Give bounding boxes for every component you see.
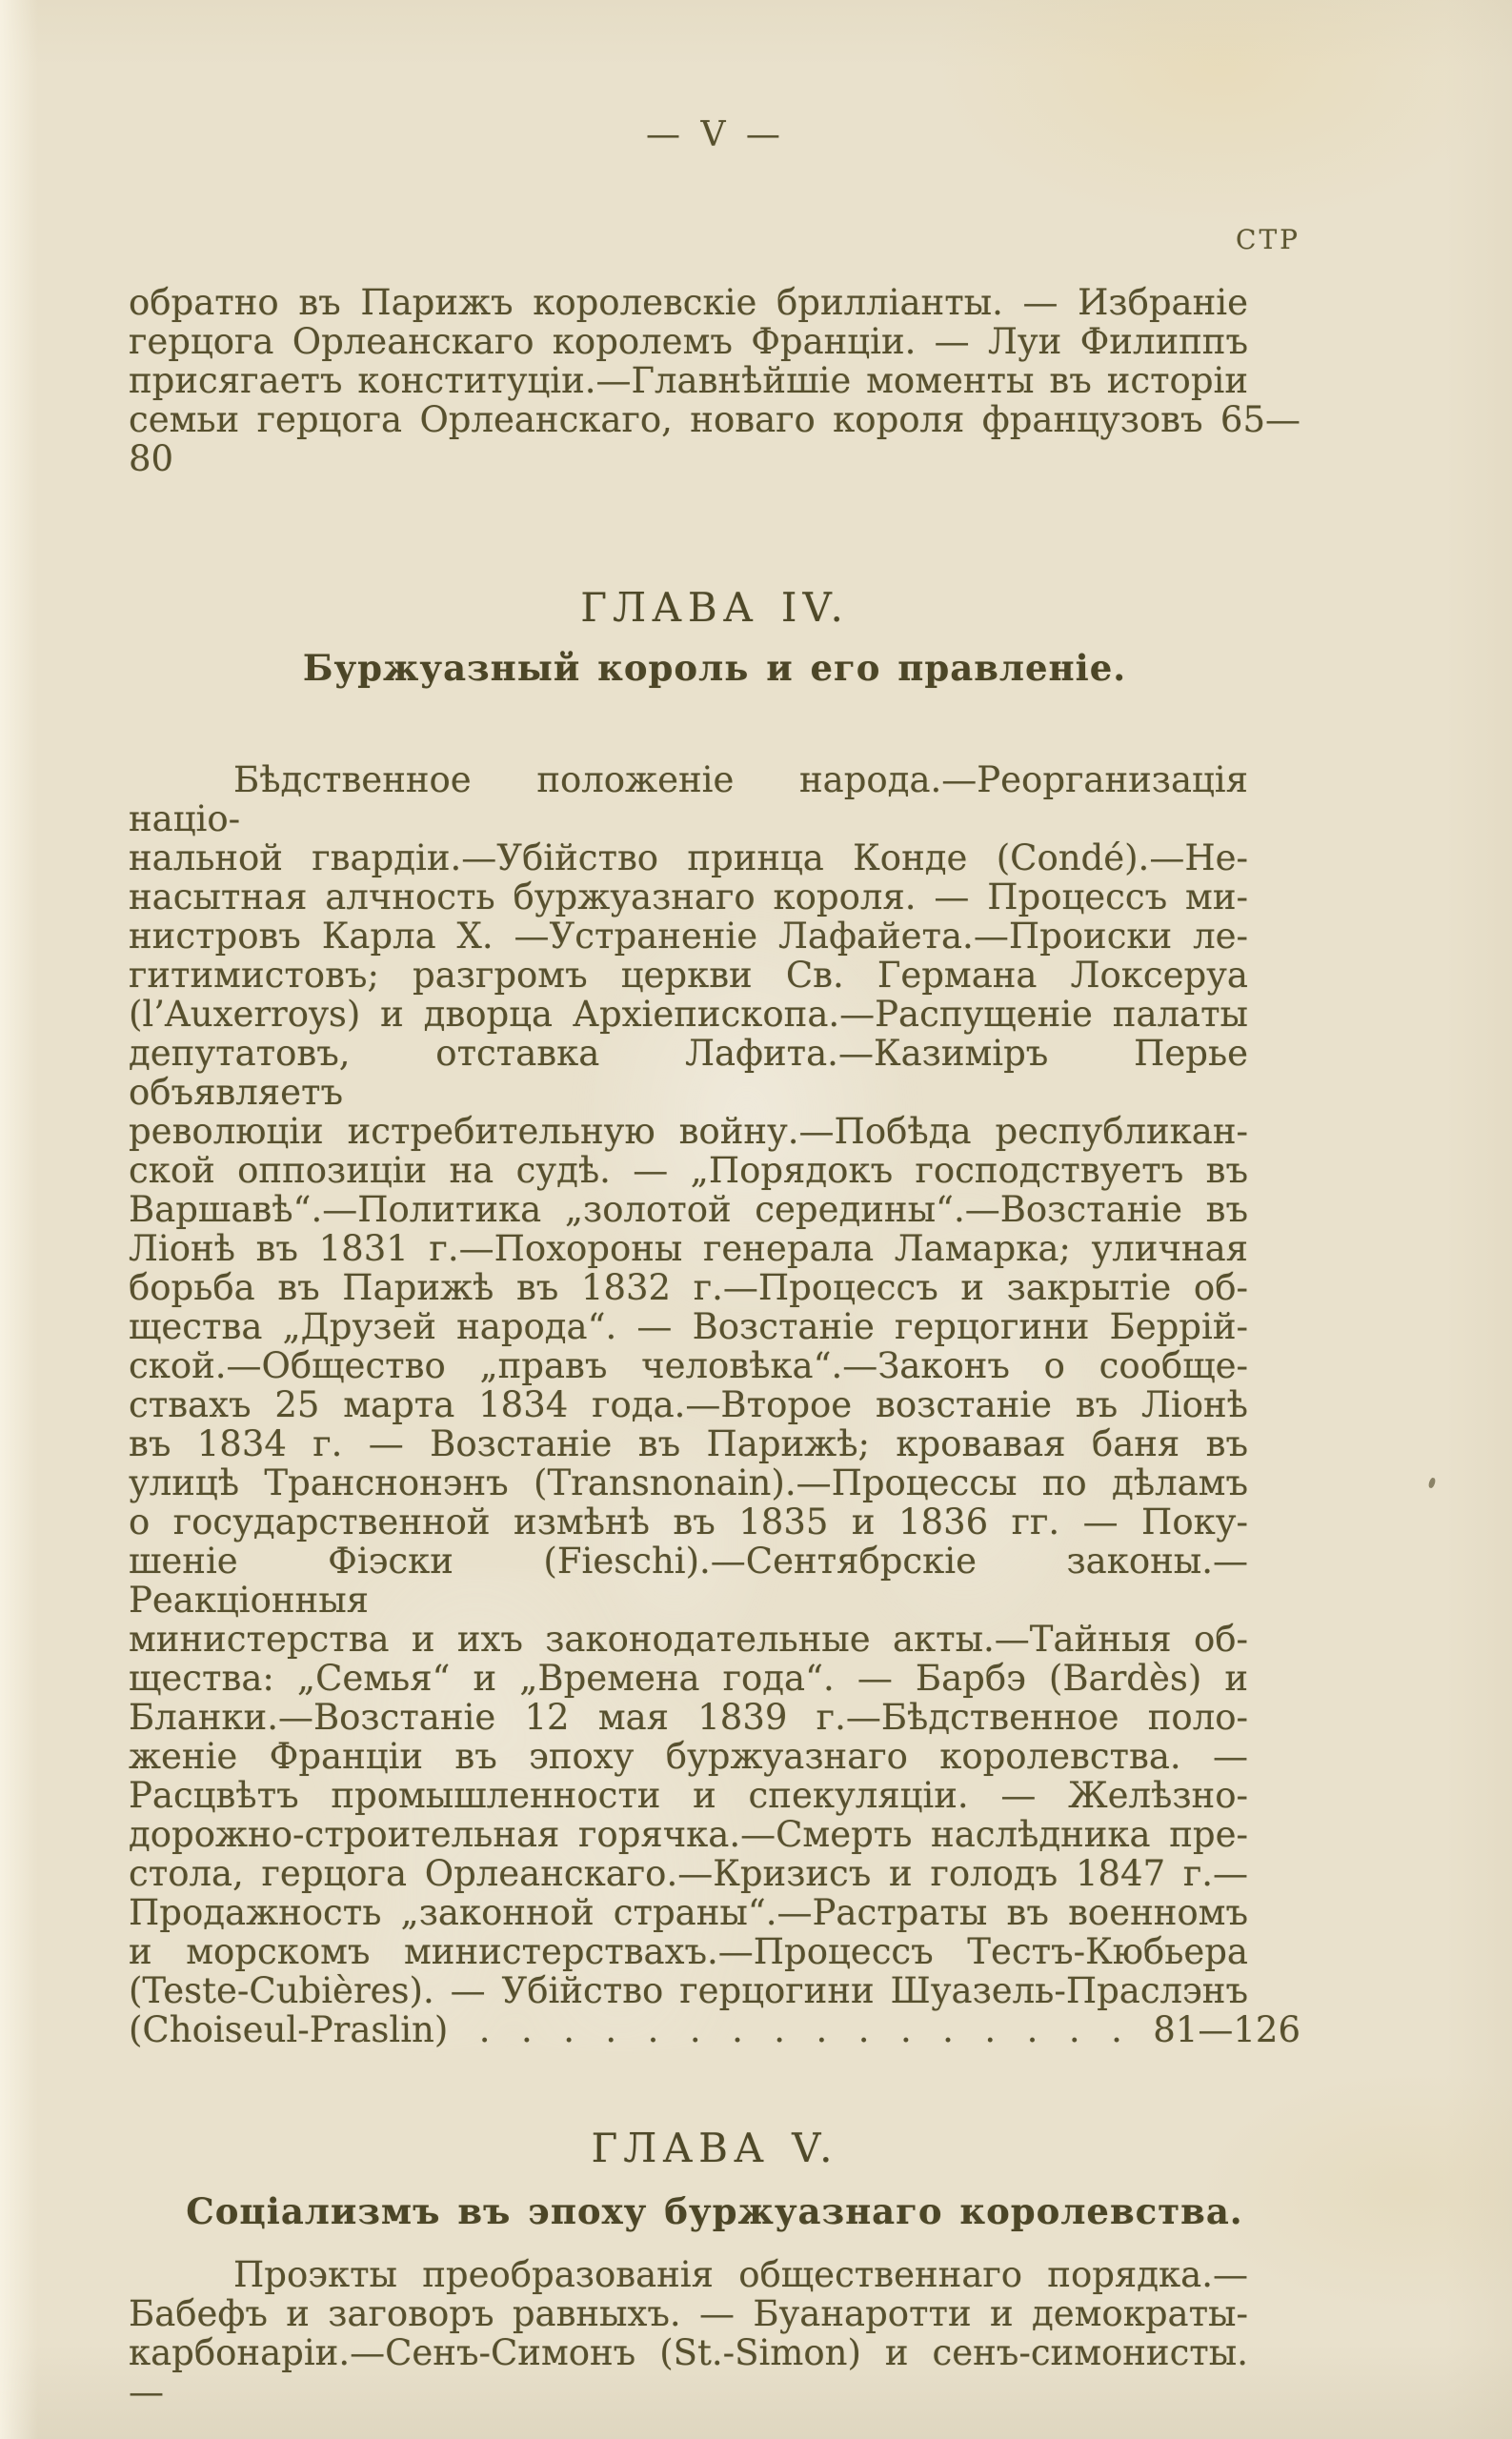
toc-line: депутатовъ, отставка Лафита.—Казиміръ Пе… <box>129 1034 1300 1112</box>
chapter-4-section: ГЛАВА IV. Буржуазный король и его правле… <box>129 585 1300 2049</box>
toc-line: Продажность „законной страны“.—Растраты … <box>129 1893 1300 1932</box>
page-content: — V — СТР обратно въ Парижъ королевскіе … <box>129 0 1300 2411</box>
toc-line: и морскомъ министерствахъ.—Процессъ Тест… <box>129 1932 1300 1971</box>
chapter-5-section: ГЛАВА V. Соціализмъ въ эпоху буржуазнаго… <box>129 2126 1300 2411</box>
toc-line: щества: „Семья“ и „Времена года“. — Барб… <box>129 1659 1300 1698</box>
toc-line: Варшавѣ“.—Политика „золотой середины“.—В… <box>129 1190 1300 1229</box>
toc-line: революціи истребительную войну.—Побѣда р… <box>129 1112 1300 1151</box>
toc-line: Бѣдственное положеніе народа.—Реорганиза… <box>129 760 1300 838</box>
toc-line: стола, герцога Орлеанскаго.—Кризисъ и го… <box>129 1854 1300 1893</box>
chapter-4-heading: ГЛАВА IV. <box>129 585 1300 631</box>
chapter-4-subtitle: Буржуазный король и его правленіе. <box>129 647 1300 689</box>
toc-line: Бланки.—Возстаніе 12 мая 1839 г.—Бѣдстве… <box>129 1698 1300 1737</box>
toc-line: Бабефъ и заговоръ равныхъ. — Буанаротти … <box>129 2294 1300 2333</box>
toc-line: присягаетъ конституціи.—Главнѣйшіе момен… <box>129 361 1300 400</box>
page-column-label: СТР <box>129 224 1300 255</box>
toc-line: Расцвѣтъ промышленности и спекуляціи. — … <box>129 1776 1300 1815</box>
toc-line: шеніе Фіэски (Fieschi).—Сентябрскіе зако… <box>129 1542 1300 1620</box>
toc-line: (Choiseul-Praslin) . . . . . . . . . . .… <box>129 2010 1300 2049</box>
ink-speck <box>1427 1477 1436 1488</box>
toc-line: дорожно-строительная горячка.—Смерть нас… <box>129 1815 1300 1854</box>
chapter-4-toc-paragraph: Бѣдственное положеніе народа.—Реорганиза… <box>129 760 1300 2049</box>
toc-line: герцога Орлеанскаго королемъ Франціи. — … <box>129 322 1300 361</box>
toc-line: гитимистовъ; разгромъ церкви Св. Германа… <box>129 956 1300 995</box>
toc-line: насытная алчность буржуазнаго короля. — … <box>129 877 1300 917</box>
toc-line: щества „Друзей народа“. — Возстаніе герц… <box>129 1307 1300 1346</box>
chapter-5-heading: ГЛАВА V. <box>129 2126 1300 2171</box>
toc-line: борьба въ Парижѣ въ 1832 г.—Процессъ и з… <box>129 1268 1300 1307</box>
toc-line: нистровъ Карла X. —Устраненіе Лафайета.—… <box>129 917 1300 956</box>
page-folio-number: — V — <box>129 115 1300 155</box>
toc-line: обратно въ Парижъ королевскіе брилліанты… <box>129 283 1300 322</box>
toc-line: ствахъ 25 марта 1834 года.—Второе возста… <box>129 1385 1300 1424</box>
toc-line: ской.—Общество „правъ человѣка“.—Законъ … <box>129 1346 1300 1385</box>
toc-line: семьи герцога Орлеанскаго, новаго короля… <box>129 400 1300 478</box>
toc-intro-paragraph: обратно въ Парижъ королевскіе брилліанты… <box>129 283 1300 478</box>
toc-line: женіе Франціи въ эпоху буржуазнаго корол… <box>129 1737 1300 1776</box>
toc-line: Проэкты преобразованія общественнаго пор… <box>129 2255 1300 2294</box>
toc-line: ской оппозиціи на судѣ. — „Порядокъ госп… <box>129 1151 1300 1190</box>
chapter-5-subtitle: Соціализмъ въ эпоху буржуазнаго королевс… <box>129 2190 1300 2232</box>
toc-line: (l’Auxerroys) и дворца Архіепископа.—Рас… <box>129 995 1300 1034</box>
toc-line: карбонаріи.—Сенъ-Симонъ (St.-Simon) и се… <box>129 2333 1300 2411</box>
toc-line: (Teste-Cubières). — Убійство герцогини Ш… <box>129 1971 1300 2010</box>
scanned-book-page: { "page": { "folio": "— V —", "column_la… <box>0 0 1512 2439</box>
chapter-5-toc-paragraph: Проэкты преобразованія общественнаго пор… <box>129 2255 1300 2411</box>
toc-line: въ 1834 г. — Возстаніе въ Парижѣ; кровав… <box>129 1424 1300 1463</box>
toc-line: улицѣ Транснонэнъ (Transnonain).—Процесс… <box>129 1463 1300 1502</box>
toc-line: Ліонѣ въ 1831 г.—Похороны генерала Ламар… <box>129 1229 1300 1268</box>
toc-line: нальной гвардіи.—Убійство принца Конде (… <box>129 838 1300 877</box>
toc-line: министерства и ихъ законодательные акты.… <box>129 1620 1300 1659</box>
toc-line: о государственной измѣнѣ въ 1835 и 1836 … <box>129 1502 1300 1542</box>
